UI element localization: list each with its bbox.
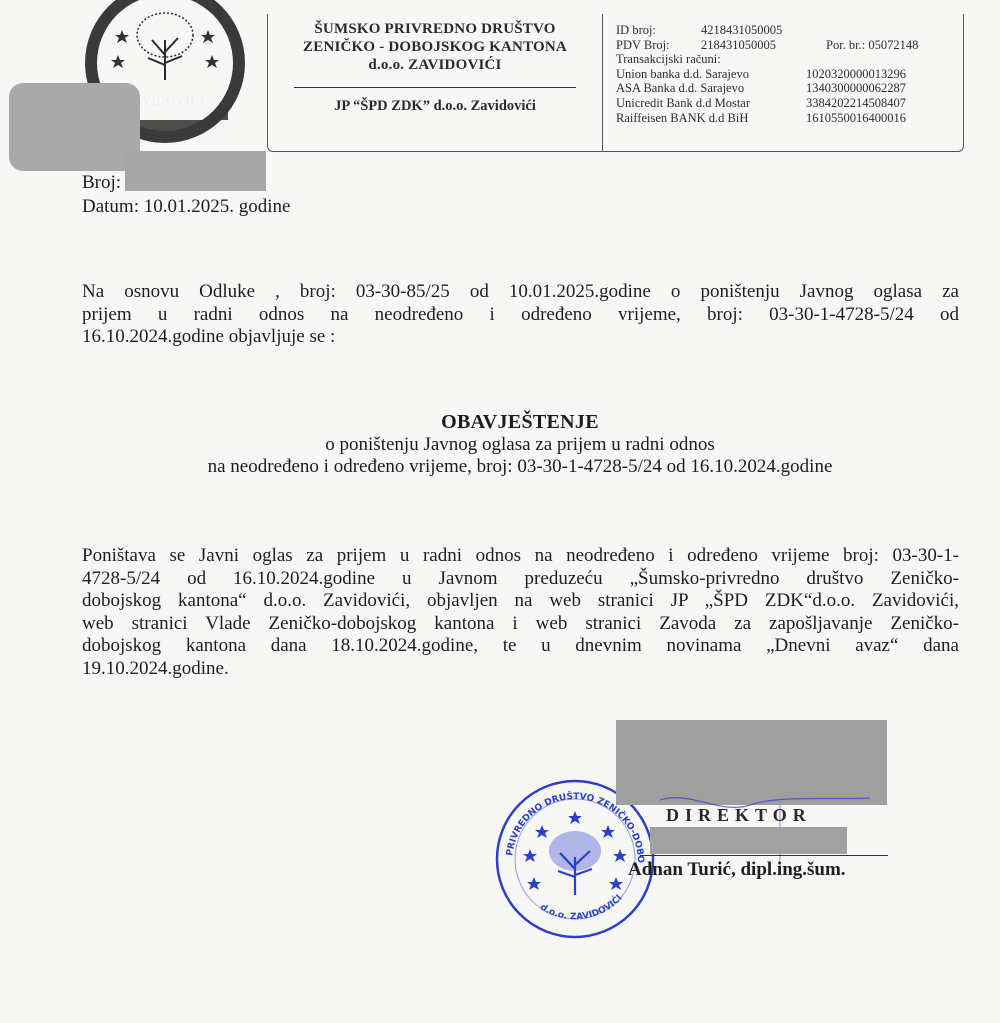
notice-title: OBAVJEŠTENJE xyxy=(40,410,1000,434)
signatory-name: Adnan Turić, dipl.ing.šum. xyxy=(628,859,846,881)
id-label: ID broj: xyxy=(616,23,656,38)
pdv-value: 218431050005 xyxy=(701,38,776,53)
notice-heading: OBAVJEŠTENJE o poništenju Javnog oglasa … xyxy=(0,410,1000,478)
company-name-line3: d.o.o. ZAVIDOVIĆI xyxy=(268,56,602,74)
bank-account-number: 3384202214508407 xyxy=(806,96,906,111)
paragraph-line: 16.10.2024.godine objavljuje se : xyxy=(82,326,959,349)
paragraph-line: 19.10.2024.godine. xyxy=(82,658,959,681)
document-number-label: Broj: xyxy=(82,172,121,193)
paragraph-line: web stranici Vlade Zeničko-dobojskog kan… xyxy=(82,613,959,636)
por-number: Por. br.: 05072148 xyxy=(826,38,918,53)
company-name-line1: ŠUMSKO PRIVREDNO DRUŠTVO xyxy=(268,20,602,38)
paragraph-line: Poništava se Javni oglas za prijem u rad… xyxy=(82,545,959,568)
svg-text:d.o.o. ZAVIDOVIĆI: d.o.o. ZAVIDOVIĆI xyxy=(538,893,624,922)
document-date: Datum: 10.01.2025. godine xyxy=(82,196,290,217)
bank-account-row: Unicredit Bank d.d Mostar 33842022145084… xyxy=(616,96,961,111)
redaction-box xyxy=(9,83,140,171)
paragraph-line: dobojskog kantona“ d.o.o. Zavidovići, ob… xyxy=(82,590,959,613)
paragraph-line: dobojskog kantona dana 18.10.2024.godine… xyxy=(82,635,959,658)
paragraph-line: Na osnovu Odluke , broj: 03-30-85/25 od … xyxy=(82,281,959,304)
document-page: ZAVIDOVIĆI ŠUMSKO PRIVREDNO DRUŠTVO ZENI… xyxy=(0,0,1000,1023)
bank-account-number: 1020320000013296 xyxy=(806,67,906,82)
company-name-block: ŠUMSKO PRIVREDNO DRUŠTVO ZENIČKO - DOBOJ… xyxy=(268,14,603,151)
company-name-line2: ZENIČKO - DOBOJSKOG KANTONA xyxy=(268,38,602,56)
company-registration-block: ID broj: 4218431050005 PDV Broj: 2184310… xyxy=(616,23,961,125)
bank-account-number: 1610550016400016 xyxy=(806,111,906,126)
bank-name: ASA Banka d.d. Sarajevo xyxy=(616,81,744,96)
paragraph-line: prijem u radni odnos na neodređeno i odr… xyxy=(82,304,959,327)
bank-account-row: ASA Banka d.d. Sarajevo 1340300000062287 xyxy=(616,81,961,96)
company-short-name: JP “ŠPD ZDK” d.o.o. Zavidovići xyxy=(268,98,602,115)
accounts-label-row: Transakcijski računi: xyxy=(616,52,961,67)
redaction-box xyxy=(125,151,266,191)
notice-subtitle-line2: na neodređeno i određeno vrijeme, broj: … xyxy=(40,456,1000,478)
accounts-label: Transakcijski računi: xyxy=(616,52,721,67)
bank-name: Unicredit Bank d.d Mostar xyxy=(616,96,750,111)
pdv-label: PDV Broj: xyxy=(616,38,670,53)
signature-line xyxy=(640,855,888,856)
bank-name: Raiffeisen BANK d.d BiH xyxy=(616,111,748,126)
body-paragraph: Poništava se Javni oglas za prijem u rad… xyxy=(82,545,959,681)
bank-name: Union banka d.d. Sarajevo xyxy=(616,67,749,82)
letterhead: ŠUMSKO PRIVREDNO DRUŠTVO ZENIČKO - DOBOJ… xyxy=(267,14,964,152)
bank-account-row: Union banka d.d. Sarajevo 10203200000132… xyxy=(616,67,961,82)
bank-account-row: Raiffeisen BANK d.d BiH 1610550016400016 xyxy=(616,111,961,126)
id-row: ID broj: 4218431050005 xyxy=(616,23,961,38)
header-divider xyxy=(294,87,576,88)
intro-paragraph: Na osnovu Odluke , broj: 03-30-85/25 od … xyxy=(82,281,959,349)
id-value: 4218431050005 xyxy=(701,23,782,38)
redaction-box xyxy=(650,827,847,854)
notice-subtitle-line1: o poništenju Javnog oglasa za prijem u r… xyxy=(40,434,1000,456)
paragraph-line: 4728-5/24 od 16.10.2024.godine u Javnom … xyxy=(82,568,959,591)
signatory-role: DIREKTOR xyxy=(666,805,812,826)
pdv-row: PDV Broj: 218431050005 Por. br.: 0507214… xyxy=(616,38,961,53)
bank-account-number: 1340300000062287 xyxy=(806,81,906,96)
